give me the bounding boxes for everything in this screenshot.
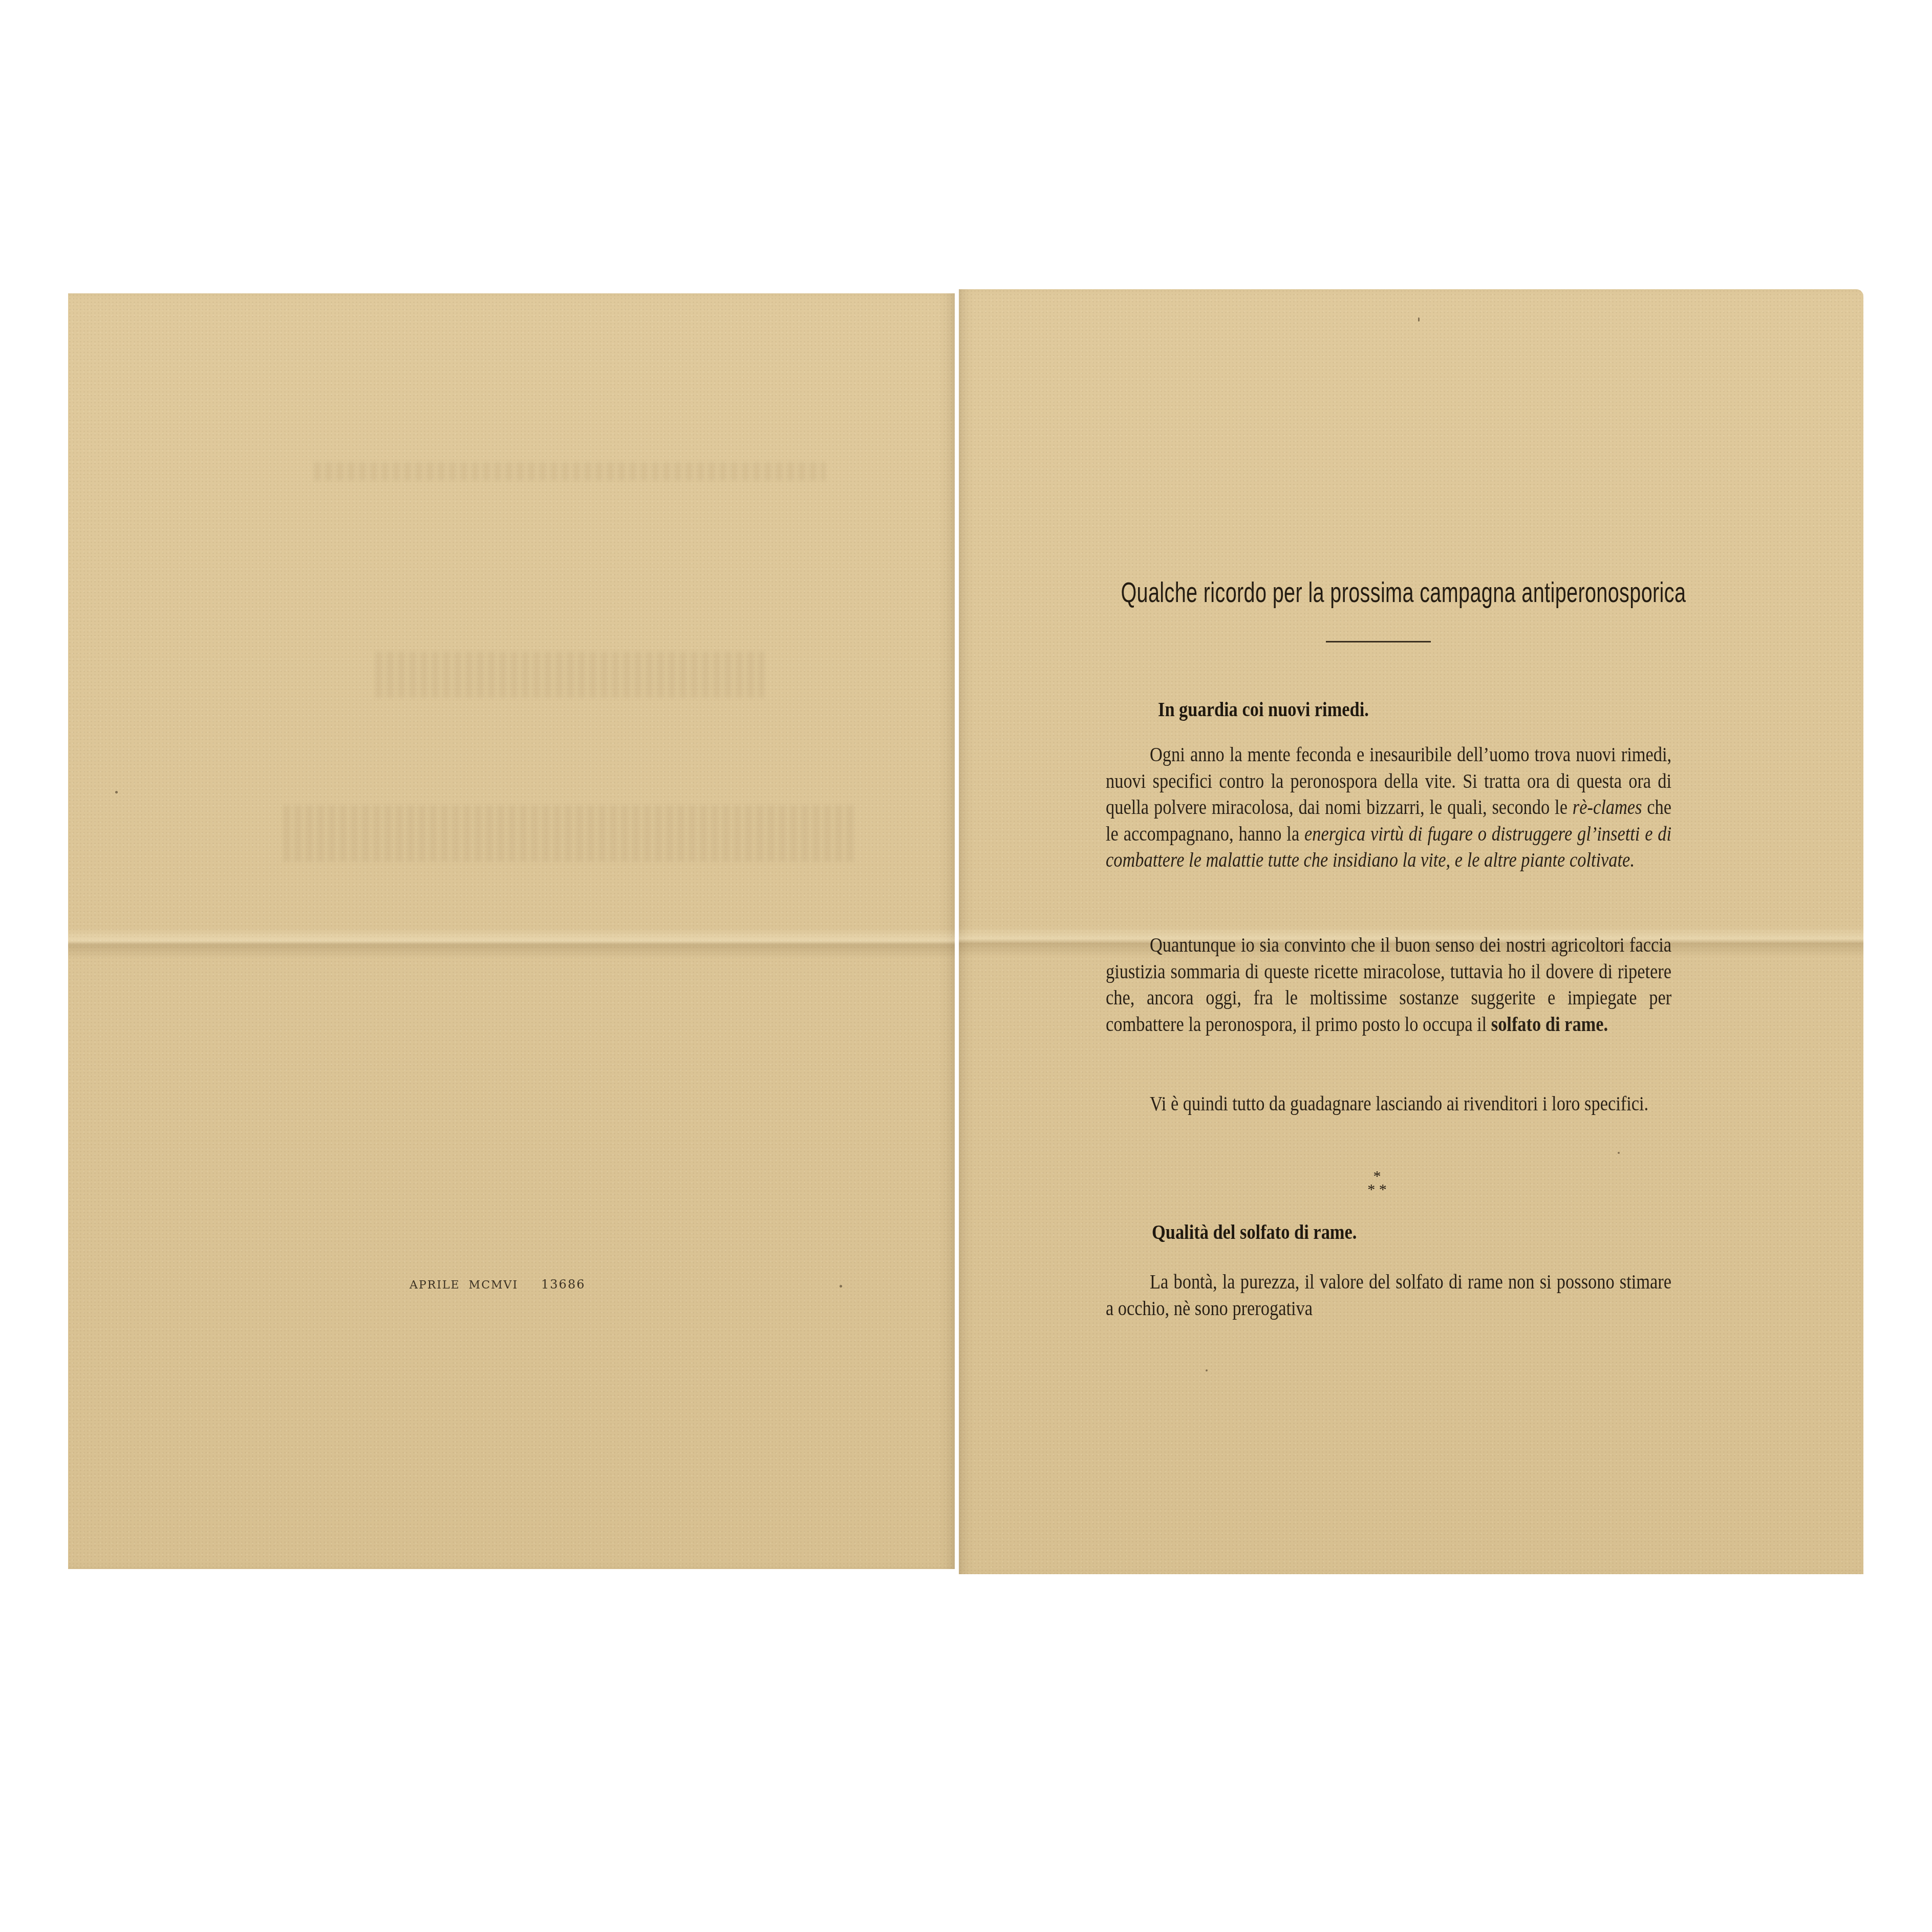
show-through-ink [314,462,826,481]
left-page [68,293,955,1569]
document-title: Qualche ricordo per la prossima campagna… [1121,576,1659,609]
paragraph-text: La bontà, la purezza, il valore del solf… [1106,1269,1671,1321]
paragraph: Quantunque io sia convinto che il buon s… [1106,932,1671,1037]
paper-speck [840,1285,842,1287]
text-segment: La bontà, la purezza, il valore del solf… [1106,1270,1671,1320]
paragraph: La bontà, la purezza, il valore del solf… [1106,1269,1671,1321]
paragraph-text: Vi è quindi tutto da guadagnare lasciand… [1106,1090,1671,1117]
printer-imprint: APRILE MCMVI 13686 [410,1277,585,1292]
show-through-ink [375,652,764,698]
paragraph-text: Quantunque io sia convinto che il buon s… [1106,932,1671,1037]
horizontal-fold-crease [68,928,955,959]
imprint-number: 13686 [541,1277,585,1292]
paragraph-text: Ogni anno la mente feconda e inesauribil… [1106,741,1671,873]
paper-speck [1618,1152,1620,1154]
paper-speck [1206,1369,1208,1371]
text-segment: rè-clames [1573,796,1642,819]
show-through-ink [283,805,856,862]
paragraph: Vi è quindi tutto da guadagnare lasciand… [1106,1090,1671,1117]
text-segment: solfato di rame. [1491,1013,1608,1036]
section-heading: Qualità del solfato di rame. [1152,1220,1357,1244]
section-heading: In guardia coi nuovi rimedi. [1158,697,1369,721]
paragraph: Ogni anno la mente feconda e inesauribil… [1106,741,1671,873]
text-segment: Vi è quindi tutto da guadagnare lasciand… [1150,1092,1648,1115]
imprint-date: APRILE MCMVI [410,1279,518,1292]
title-rule-divider [1326,641,1431,642]
paper-speck [1418,317,1420,321]
paper-speck [115,791,118,793]
asterism-separator-icon: ** * [1362,1170,1392,1196]
